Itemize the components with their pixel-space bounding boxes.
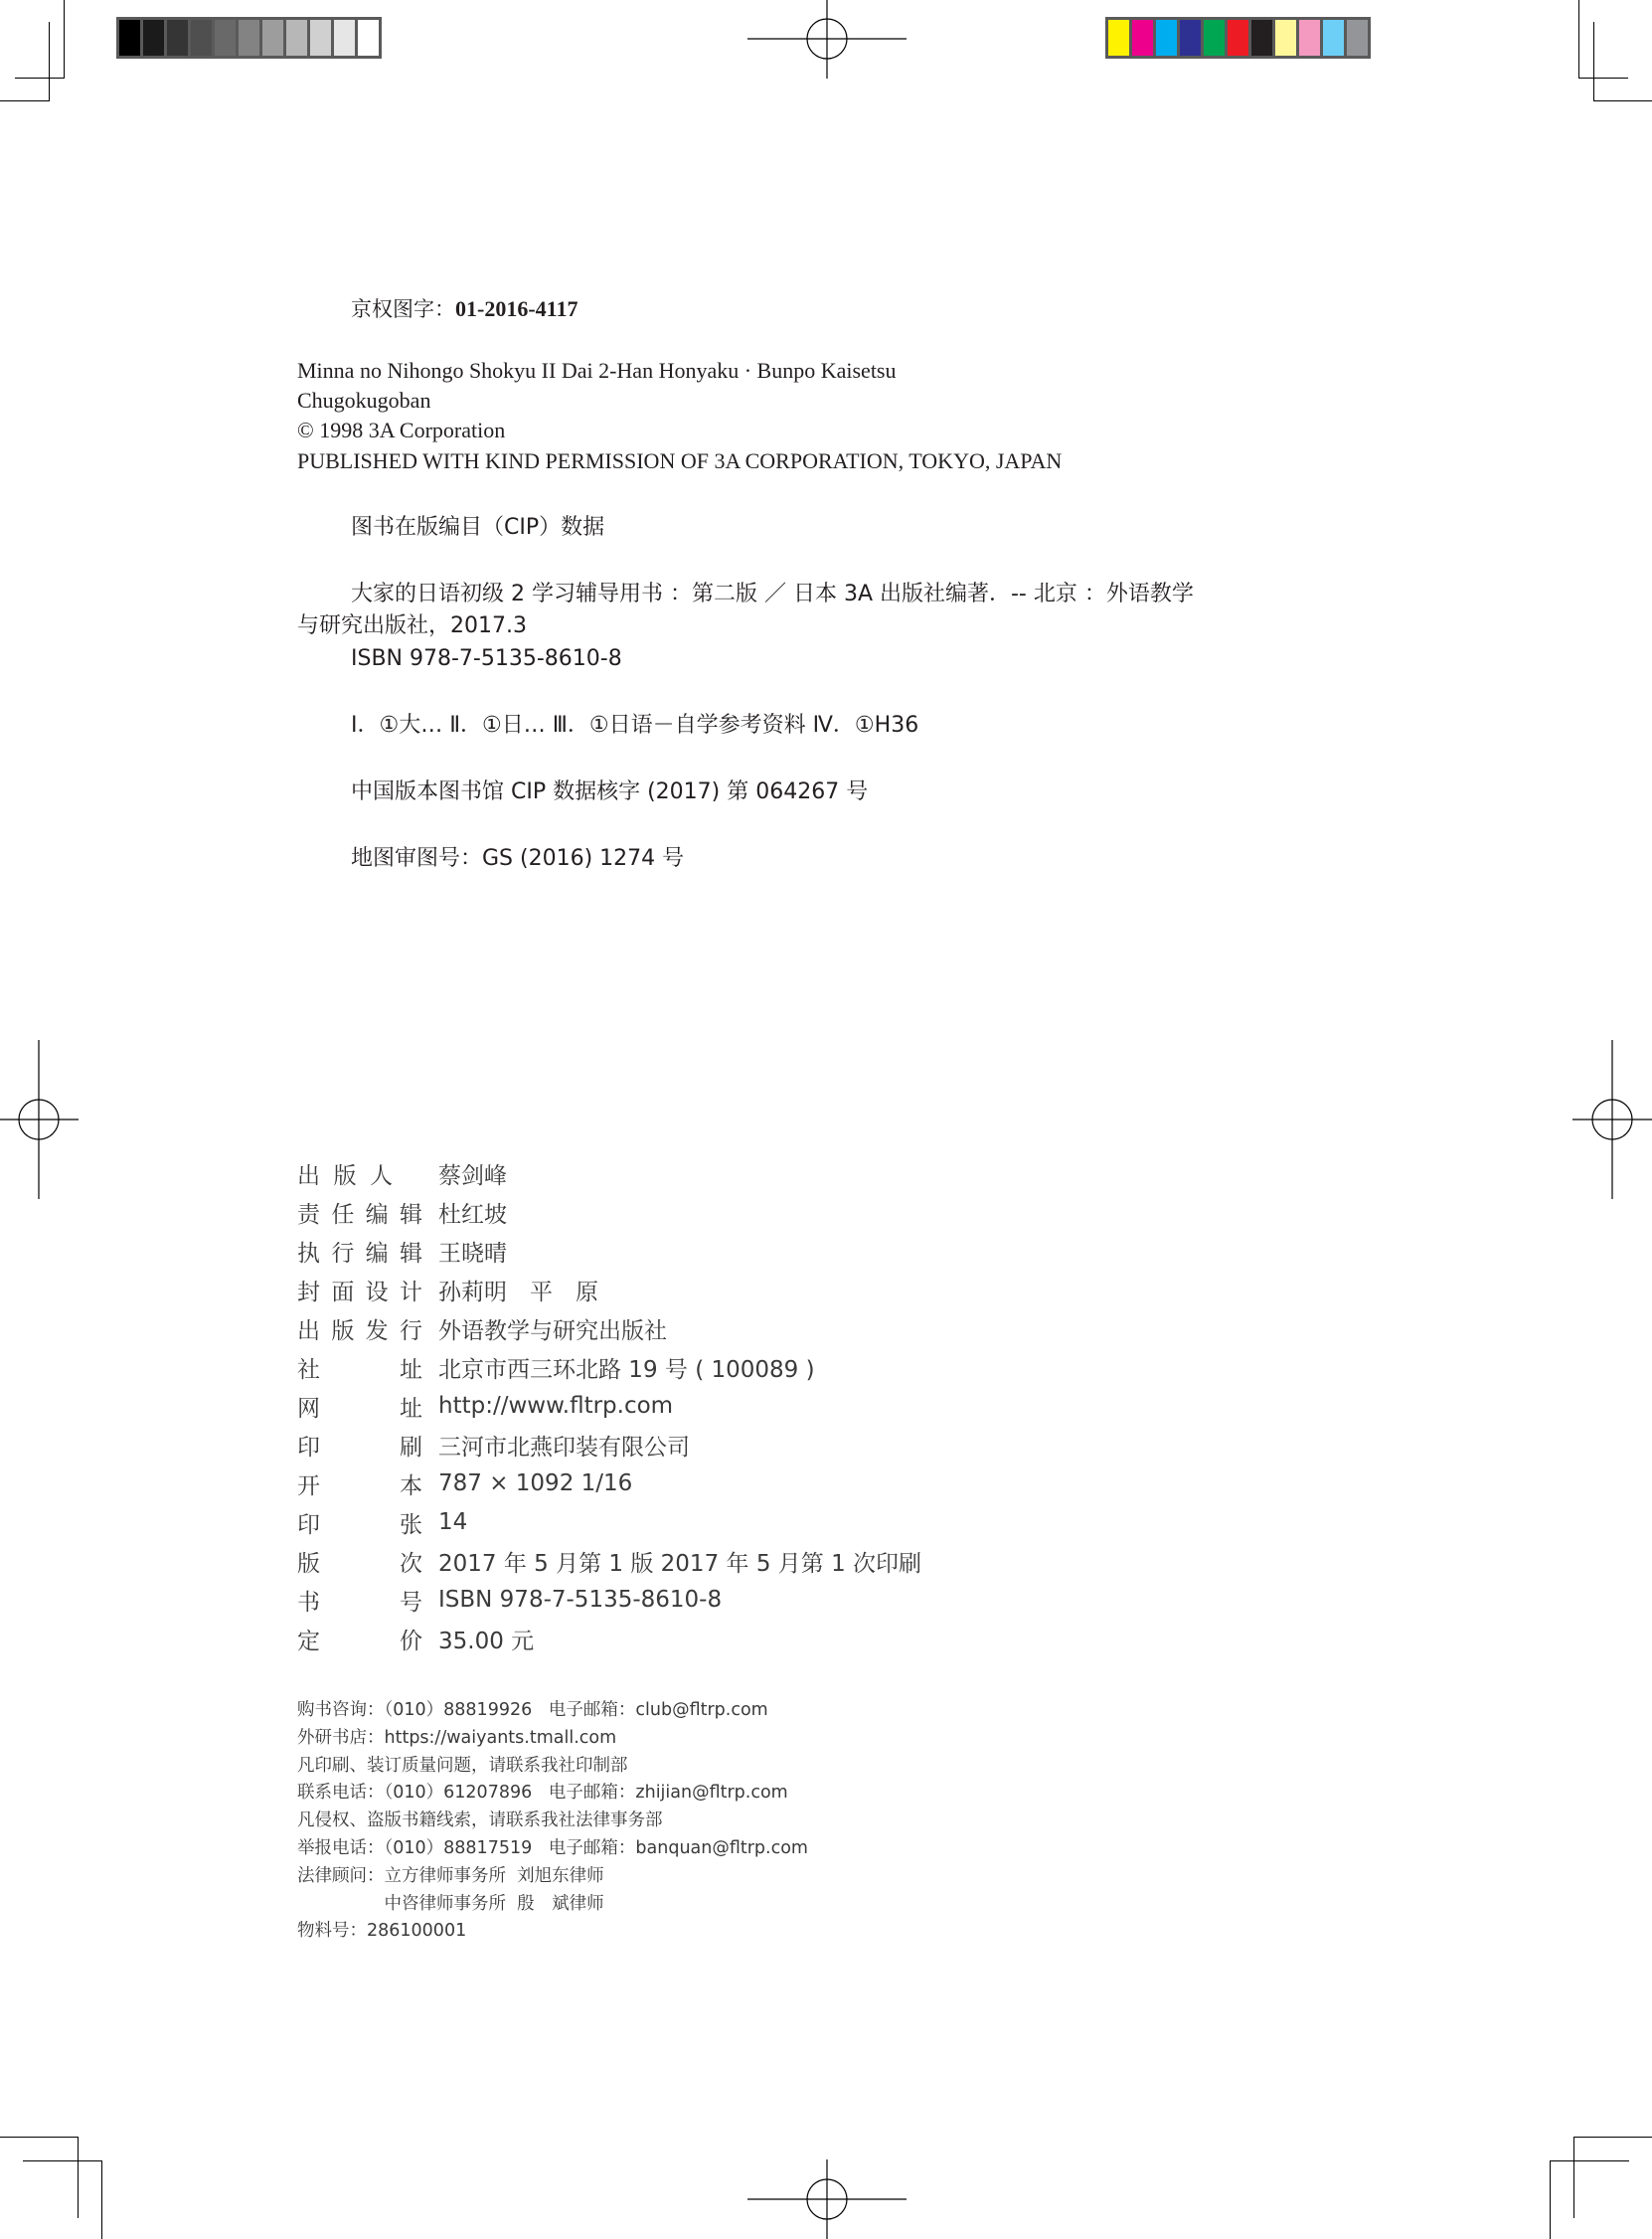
crop-mark-top-left-v1 (64, 0, 65, 78)
imprint-value: 787 × 1092 1/16 (438, 1470, 632, 1496)
crop-mark-bottom-left-h1 (0, 2137, 78, 2138)
copyright-registration: 京权图字：01-2016-4117 (351, 298, 578, 320)
imprint-label: 定价 (297, 1623, 422, 1655)
imprint-value: 35.00 元 (438, 1623, 534, 1655)
color-swatch (1251, 20, 1272, 56)
contact-line: 中咨律师事务所 殷 斌律师 (297, 1896, 604, 1914)
imprint-label-char: 刷 (400, 1429, 422, 1462)
gray-swatch (310, 20, 331, 56)
imprint-row: 出版人蔡剑峰 (297, 1159, 507, 1187)
cip-classification: Ⅰ．①大… Ⅱ．①日… Ⅲ．①日语－自学参考资料 Ⅳ．①H36 (351, 715, 918, 737)
color-calibration-bar (1105, 17, 1371, 59)
imprint-label: 社址 (297, 1351, 422, 1384)
imprint-label-char: 定 (297, 1623, 320, 1655)
imprint-row: 社址北京市西三环北路 19 号 ( 100089 ) (297, 1353, 815, 1381)
imprint-row: 责任编辑杜红坡 (297, 1198, 507, 1226)
map-review-number: 地图审图号：GS (2016) 1274 号 (351, 848, 684, 870)
imprint-label-char: 辑 (400, 1235, 422, 1268)
gray-swatch (358, 20, 379, 56)
grayscale-calibration-bar (116, 17, 382, 59)
contact-line: 联系电话：（010）61207896 电子邮箱：zhijian@fltrp.co… (297, 1785, 788, 1803)
crop-mark-bottom-left-h2 (23, 2160, 102, 2161)
imprint-label: 开本 (297, 1467, 422, 1500)
crop-mark-top-left-v2 (49, 22, 50, 101)
contact-line: 法律顾问：立方律师事务所 刘旭东律师 (297, 1868, 604, 1886)
crop-mark-top-right-v1 (1578, 0, 1579, 78)
imprint-row: 版次2017 年 5 月第 1 版 2017 年 5 月第 1 次印刷 (297, 1547, 921, 1575)
cip-heading: 图书在版编目（CIP）数据 (351, 517, 604, 539)
imprint-label-char: 张 (400, 1506, 422, 1539)
imprint-label-char: 封 (297, 1274, 320, 1306)
color-swatch (1347, 20, 1368, 56)
color-swatch (1228, 20, 1248, 56)
registration-target-right (1572, 1040, 1652, 1199)
imprint-label-char: 本 (400, 1467, 422, 1500)
imprint-label-char: 发 (366, 1312, 389, 1345)
contact-line: 物料号：286100001 (297, 1923, 466, 1941)
crop-mark-top-right-v2 (1593, 22, 1594, 101)
contact-line: 购书咨询：（010）88819926 电子邮箱：club@fltrp.com (297, 1702, 768, 1720)
gray-swatch (191, 20, 212, 56)
imprint-value: ISBN 978-7-5135-8610-8 (438, 1587, 722, 1613)
imprint-label-char: 任 (331, 1196, 354, 1229)
imprint-row: 书号ISBN 978-7-5135-8610-8 (297, 1586, 722, 1614)
registration-target-left (0, 1040, 80, 1199)
imprint-label-char: 印 (297, 1506, 320, 1539)
gray-swatch (334, 20, 355, 56)
license-copyright-line: © 1998 3A Corporation (297, 420, 505, 441)
imprint-label-char: 印 (297, 1429, 320, 1462)
imprint-label-char: 书 (297, 1584, 320, 1617)
gray-swatch (239, 20, 259, 56)
imprint-label: 版次 (297, 1545, 422, 1578)
imprint-label-char: 计 (400, 1274, 422, 1306)
imprint-label: 出版发行 (297, 1312, 422, 1345)
imprint-value: 孙莉明 平 原 (438, 1274, 598, 1306)
license-title-line: Minna no Nihongo Shokyu II Dai 2-Han Hon… (297, 360, 897, 382)
registration-target-top (747, 0, 907, 80)
color-swatch (1299, 20, 1320, 56)
imprint-row: 执行编辑王晓晴 (297, 1237, 507, 1265)
imprint-value: 2017 年 5 月第 1 版 2017 年 5 月第 1 次印刷 (438, 1545, 921, 1578)
imprint-row: 网址http://www.fltrp.com (297, 1392, 673, 1420)
copyright-registration-label: 京权图字： (351, 297, 455, 321)
imprint-label-char: 面 (331, 1274, 354, 1306)
imprint-value: 北京市西三环北路 19 号 ( 100089 ) (438, 1351, 815, 1384)
imprint-label-char: 次 (400, 1545, 422, 1578)
color-swatch (1323, 20, 1344, 56)
imprint-label-char: 址 (400, 1390, 422, 1423)
imprint-label-char: 辑 (400, 1196, 422, 1229)
gray-swatch (119, 20, 140, 56)
crop-mark-bottom-left-v1 (78, 2137, 79, 2218)
imprint-label: 执行编辑 (297, 1235, 422, 1268)
imprint-label: 印刷 (297, 1429, 422, 1462)
crop-mark-bottom-right-h1 (1573, 2137, 1652, 2138)
imprint-label-char: 版 (334, 1157, 357, 1190)
gray-swatch (167, 20, 188, 56)
crop-mark-top-right-h1 (1578, 78, 1628, 79)
contact-line: 外研书店：https://waiyants.tmall.com (297, 1730, 616, 1748)
imprint-label-char: 号 (400, 1584, 422, 1617)
cip-verification-number: 中国版本图书馆 CIP 数据核字 (2017) 第 064267 号 (351, 781, 868, 803)
imprint-label-char: 执 (297, 1235, 320, 1268)
imprint-label-char: 编 (366, 1235, 389, 1268)
imprint-label-char: 价 (400, 1623, 422, 1655)
crop-mark-bottom-right-h2 (1550, 2160, 1629, 2161)
license-edition-line: Chugokugoban (297, 390, 430, 412)
imprint-label-char: 开 (297, 1467, 320, 1500)
imprint-row: 开本787 × 1092 1/16 (297, 1469, 632, 1497)
gray-swatch (286, 20, 307, 56)
imprint-label: 网址 (297, 1390, 422, 1423)
registration-target-bottom (747, 2159, 907, 2239)
imprint-label: 责任编辑 (297, 1196, 422, 1229)
imprint-value: 14 (438, 1509, 467, 1535)
contact-line: 凡侵权、盗版书籍线索，请联系我社法律事务部 (297, 1812, 663, 1830)
imprint-value: 三河市北燕印装有限公司 (438, 1429, 690, 1462)
imprint-label-char: 址 (400, 1351, 422, 1384)
cip-entry-line-1: 大家的日语初级 2 学习辅导用书 ：第二版 ／ 日本 3A 出版社编著．-- 北… (351, 584, 1194, 605)
imprint-label: 印张 (297, 1506, 422, 1539)
imprint-row: 封面设计孙莉明 平 原 (297, 1276, 598, 1303)
color-swatch (1204, 20, 1225, 56)
imprint-label: 书号 (297, 1584, 422, 1617)
color-swatch (1275, 20, 1296, 56)
imprint-row: 定价35.00 元 (297, 1625, 534, 1652)
color-swatch (1156, 20, 1177, 56)
color-swatch (1132, 20, 1153, 56)
crop-mark-bottom-left-v2 (101, 2160, 102, 2239)
imprint-value: 杜红坡 (438, 1196, 507, 1229)
imprint-label-char: 版 (331, 1312, 354, 1345)
crop-mark-top-left-h1 (15, 78, 65, 79)
crop-mark-bottom-right-v1 (1573, 2137, 1574, 2218)
imprint-label-char: 编 (366, 1196, 389, 1229)
imprint-label-char: 出 (297, 1312, 320, 1345)
copyright-registration-number: 01-2016-4117 (455, 296, 578, 321)
imprint-label-char: 版 (297, 1545, 320, 1578)
imprint-value: 外语教学与研究出版社 (438, 1312, 667, 1345)
contact-line: 举报电话：（010）88817519 电子邮箱：banquan@fltrp.co… (297, 1840, 808, 1858)
color-swatch (1180, 20, 1201, 56)
gray-swatch (262, 20, 283, 56)
imprint-value: http://www.fltrp.com (438, 1393, 673, 1419)
imprint-label-char: 网 (297, 1390, 320, 1423)
contact-line: 凡印刷、装订质量问题，请联系我社印制部 (297, 1758, 628, 1776)
imprint-label: 出版人 (297, 1157, 393, 1190)
imprint-row: 印刷三河市北燕印装有限公司 (297, 1431, 690, 1459)
imprint-label: 封面设计 (297, 1274, 422, 1306)
crop-mark-top-left-h2 (0, 100, 50, 101)
imprint-label-char: 行 (331, 1235, 354, 1268)
color-swatch (1108, 20, 1129, 56)
imprint-row: 印张14 (297, 1508, 467, 1536)
imprint-value: 王晓晴 (438, 1235, 507, 1268)
gray-swatch (143, 20, 164, 56)
cip-isbn: ISBN 978-7-5135-8610-8 (351, 648, 622, 670)
imprint-row: 出版发行外语教学与研究出版社 (297, 1314, 667, 1342)
imprint-value: 蔡剑峰 (438, 1157, 507, 1190)
imprint-label-char: 行 (400, 1312, 422, 1345)
crop-mark-top-right-h2 (1593, 100, 1652, 101)
imprint-label-char: 出 (297, 1157, 320, 1190)
imprint-label-char: 人 (370, 1157, 393, 1190)
imprint-label-char: 社 (297, 1351, 320, 1384)
imprint-label-char: 责 (297, 1196, 320, 1229)
imprint-label-char: 设 (366, 1274, 389, 1306)
license-permission-line: PUBLISHED WITH KIND PERMISSION OF 3A COR… (297, 450, 1062, 472)
crop-mark-bottom-right-v2 (1550, 2160, 1551, 2239)
cip-entry-line-2: 与研究出版社，2017.3 (297, 615, 527, 637)
gray-swatch (215, 20, 236, 56)
